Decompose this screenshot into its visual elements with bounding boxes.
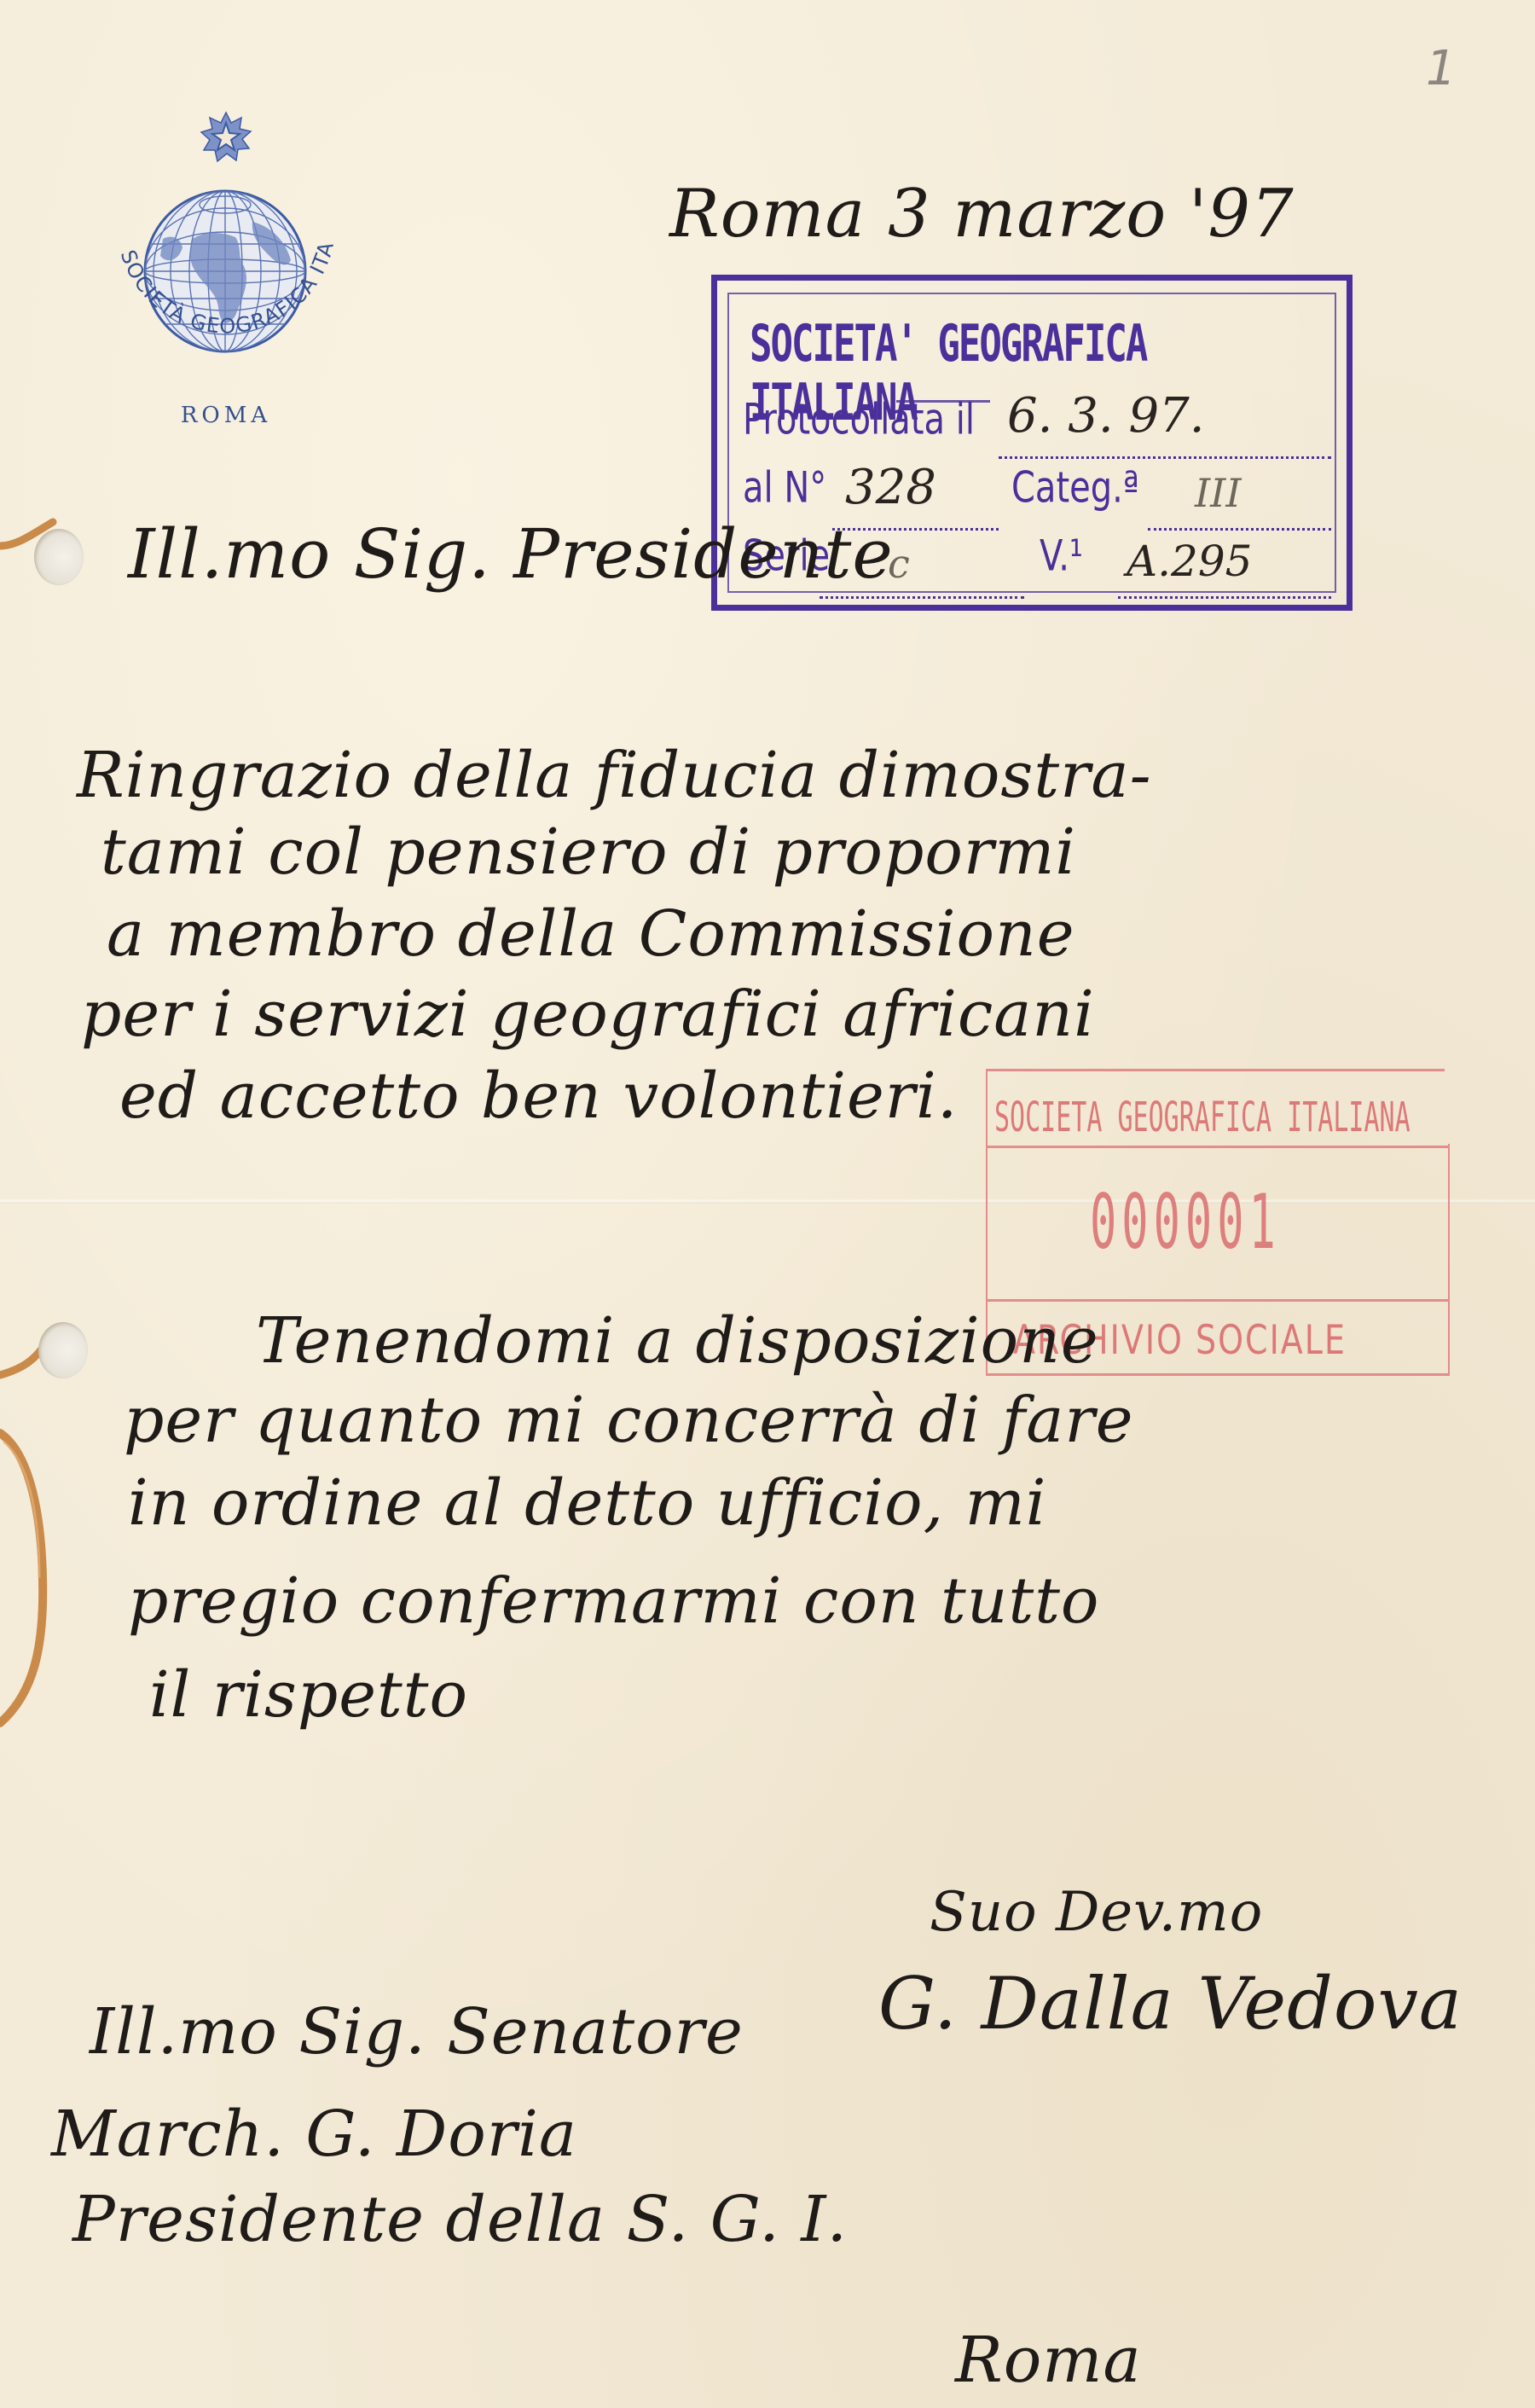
svg-text:SOCIETÀ GEOGRAFICA ITALIANA: SOCIETÀ GEOGRAFICA ITALIANA bbox=[85, 154, 339, 339]
letterhead-city: ROMA bbox=[85, 403, 367, 428]
number-value: 328 bbox=[845, 460, 936, 515]
punch-hole-top bbox=[34, 529, 84, 585]
series-dotted-line bbox=[820, 596, 1024, 599]
addressee-line1: Ill.mo Sig. Senatore bbox=[90, 2000, 744, 2063]
body-line: il rispetto bbox=[149, 1663, 468, 1726]
category-dotted-line bbox=[1148, 528, 1331, 531]
salutation: Ill.mo Sig. Presidente bbox=[128, 520, 894, 589]
body-line: a membro della Commissione bbox=[107, 902, 1075, 966]
archive-stamp-number: 000001 bbox=[1090, 1180, 1281, 1267]
archive-stamp-divider bbox=[988, 1146, 1448, 1148]
letterhead-logo: SOCIETÀ GEOGRAFICA ITALIANA ROMA bbox=[85, 102, 367, 461]
closing: Suo Dev.mo bbox=[930, 1885, 1263, 1940]
punch-hole-bottom bbox=[38, 1322, 88, 1378]
protocol-value: 6. 3. 97. bbox=[1007, 388, 1205, 444]
body-line: Ringrazio della fiducia dimostra- bbox=[77, 744, 1152, 807]
addressee-line3: Presidente della S. G. I. bbox=[72, 2188, 848, 2251]
signature: G. Dalla Vedova bbox=[878, 1962, 1463, 2045]
volume-dotted-line bbox=[1118, 596, 1331, 599]
body-line: ed accetto ben volontieri. bbox=[119, 1065, 958, 1128]
category-value: III bbox=[1195, 470, 1242, 516]
body-line: tami col pensiero di propormi bbox=[101, 821, 1076, 884]
body-line: per i servizi geografici africani bbox=[81, 983, 1095, 1046]
body-line: in ordine al detto ufficio, mi bbox=[128, 1471, 1046, 1535]
archive-stamp-border bbox=[988, 1069, 1445, 1071]
letterhead-arc-text: SOCIETÀ GEOGRAFICA ITALIANA bbox=[85, 154, 367, 435]
archive-stamp-divider bbox=[988, 1299, 1448, 1302]
category-label: Categ.ª bbox=[1011, 464, 1139, 514]
addressee-line2: March. G. Doria bbox=[51, 2103, 577, 2166]
protocol-dotted-line bbox=[999, 456, 1331, 459]
protocol-label: Protocollata il bbox=[743, 396, 975, 445]
page-number: 1 bbox=[1426, 41, 1457, 96]
archive-stamp-title: SOCIETA GEOGRAFICA ITALIANA bbox=[994, 1094, 1438, 1142]
addressee-city: Roma bbox=[955, 2329, 1142, 2392]
body-line: Tenendomi a disposizione bbox=[256, 1309, 1099, 1372]
body-line: pregio confermarmi con tutto bbox=[128, 1570, 1099, 1633]
archive-stamp-border bbox=[1448, 1144, 1450, 1376]
dateline: Roma 3 marzo '97 bbox=[669, 181, 1295, 247]
body-line: per quanto mi concerrà di fare bbox=[124, 1389, 1134, 1452]
volume-label: V.¹ bbox=[1040, 532, 1083, 582]
volume-value: A.295 bbox=[1127, 537, 1252, 586]
number-label: al N° bbox=[743, 464, 826, 514]
